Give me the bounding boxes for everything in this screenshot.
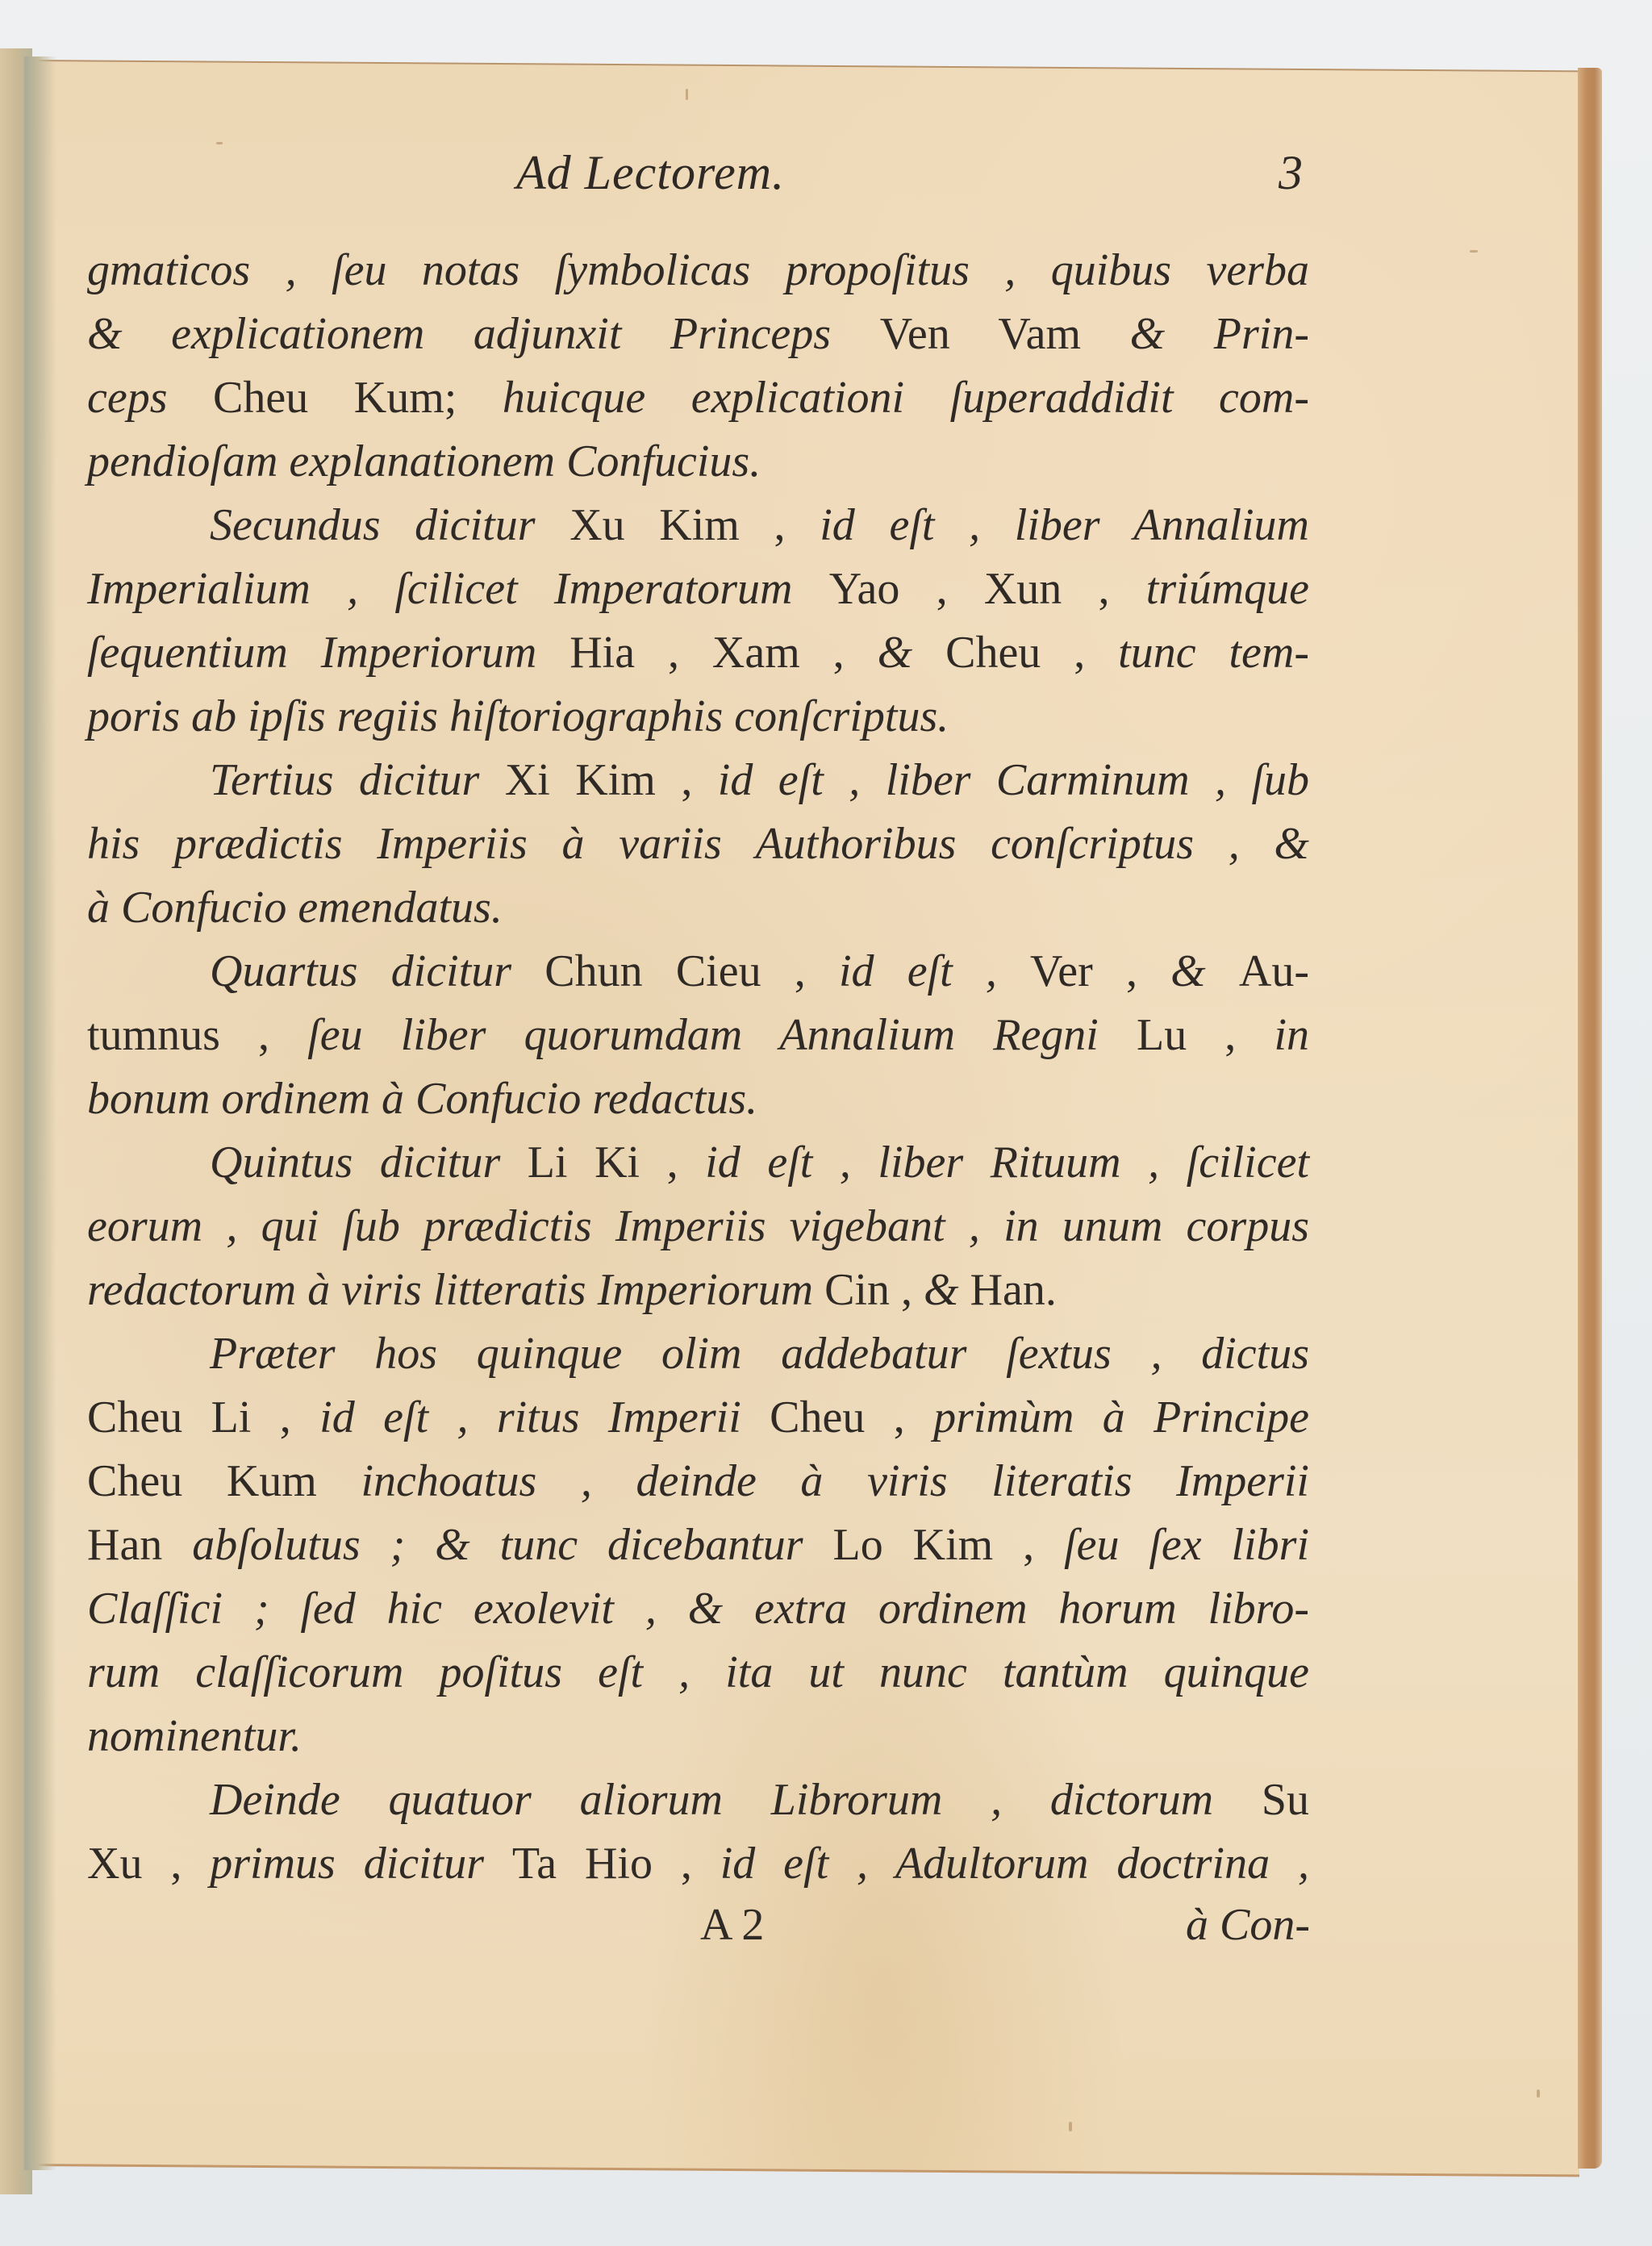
roman-text: tumnus , bbox=[87, 1010, 307, 1060]
roman-text: Yao , Xun , bbox=[829, 564, 1146, 614]
text-line: Quintus dicitur Li Ki , id eſt , liber R… bbox=[87, 1131, 1309, 1195]
roman-text: Su bbox=[1262, 1775, 1309, 1825]
signature-mark: A 2 bbox=[700, 1899, 764, 1951]
italic-text: primùm à Principe bbox=[933, 1392, 1309, 1442]
text-line: tumnus , ſeu liber quorumdam Annalium Re… bbox=[87, 1004, 1309, 1067]
text-line: Secundus dicitur Xu Kim , id eſt , liber… bbox=[87, 494, 1309, 557]
text-line: poris ab ipſis regiis hiſtoriographis co… bbox=[87, 685, 1309, 749]
roman-text: Cheu , bbox=[945, 628, 1118, 678]
roman-text: Cheu Kum; bbox=[213, 373, 503, 423]
italic-text: & explicationem adjunxit Princeps bbox=[87, 309, 880, 359]
roman-text: Lu , bbox=[1137, 1010, 1274, 1060]
roman-text: Cin , bbox=[824, 1265, 924, 1315]
italic-text: ceps bbox=[87, 373, 213, 423]
roman-text: Ver , bbox=[1030, 946, 1170, 996]
text-line: Deinde quatuor aliorum Librorum , dictor… bbox=[87, 1768, 1309, 1832]
italic-text: abſolutus ; & tunc dicebantur bbox=[192, 1520, 832, 1570]
text-line: eorum , qui ſub prædictis Imperiis vigeb… bbox=[87, 1195, 1309, 1259]
text-line: Cheu Kum inchoatus , deinde à viris lite… bbox=[87, 1450, 1309, 1513]
italic-text: id eſt , Adultorum doctrina , bbox=[720, 1839, 1309, 1889]
italic-text: Quartus dicitur bbox=[210, 946, 544, 996]
roman-text: Li Ki , bbox=[528, 1138, 705, 1188]
text-line: his prædictis Imperiis à variis Authorib… bbox=[87, 812, 1309, 876]
roman-text: Han bbox=[87, 1520, 192, 1570]
italic-text: Imperialium , ſcilicet Imperatorum bbox=[87, 564, 829, 614]
text-line: Præter hos quinque olim addebatur ſextus… bbox=[87, 1322, 1309, 1386]
text-line: ceps Cheu Kum; huicque explicationi ſupe… bbox=[87, 366, 1309, 430]
italic-text: inchoatus , deinde à viris literatis Imp… bbox=[361, 1456, 1309, 1506]
running-head: Ad Lectorem. bbox=[516, 145, 785, 201]
text-line: Xu , primus dicitur Ta Hio , id eſt , Ad… bbox=[87, 1832, 1309, 1896]
italic-text: bonum ordinem à Confucio redactus. bbox=[87, 1074, 757, 1124]
italic-text: Præter hos quinque olim addebatur ſextus… bbox=[210, 1329, 1309, 1379]
italic-text: his prædictis Imperiis à variis Authorib… bbox=[87, 819, 1309, 869]
body-text: gmaticos , ſeu notas ſymbolicas propoſit… bbox=[87, 239, 1309, 1896]
text-line: redactorum à viris litteratis Imperiorum… bbox=[87, 1259, 1309, 1322]
roman-text: Au- bbox=[1239, 946, 1309, 996]
italic-text: id eſt , liber Carminum , ſub bbox=[718, 755, 1309, 805]
italic-text: id eſt , liber Rituum , ſcilicet bbox=[705, 1138, 1309, 1188]
text-line: Tertius dicitur Xi Kim , id eſt , liber … bbox=[87, 749, 1309, 812]
text-line: bonum ordinem à Confucio redactus. bbox=[87, 1067, 1309, 1131]
catchword: à Con- bbox=[1186, 1899, 1310, 1951]
italic-text: Deinde quatuor aliorum Librorum , dictor… bbox=[210, 1775, 1262, 1825]
roman-text: Cheu , bbox=[770, 1392, 933, 1442]
roman-text: Cheu Li , bbox=[87, 1392, 319, 1442]
roman-text: Hia , Xam , bbox=[569, 628, 877, 678]
roman-text: Cheu Kum bbox=[87, 1456, 361, 1506]
italic-text: Quintus dicitur bbox=[210, 1138, 528, 1188]
italic-text: triúmque bbox=[1146, 564, 1309, 614]
text-line: Han abſolutus ; & tunc dicebantur Lo Kim… bbox=[87, 1513, 1309, 1577]
italic-text: ſeu liber quorumdam Annalium Regni bbox=[307, 1010, 1137, 1060]
italic-text: primus dicitur bbox=[210, 1839, 512, 1889]
roman-text: Ta Hio , bbox=[512, 1839, 720, 1889]
roman-text: Lo Kim , bbox=[833, 1520, 1065, 1570]
roman-text: Ven Vam bbox=[880, 309, 1130, 359]
italic-text: tunc tem- bbox=[1118, 628, 1309, 678]
italic-text: Claſſici ; ſed hic exolevit , & extra or… bbox=[87, 1584, 1309, 1634]
italic-text: poris ab ipſis regiis hiſtoriographis co… bbox=[87, 691, 949, 741]
italic-text: Secundus dicitur bbox=[210, 500, 569, 550]
italic-text: à Confucio emendatus. bbox=[87, 883, 503, 933]
text-line: rum claſſicorum poſitus eſt , ita ut nun… bbox=[87, 1641, 1309, 1705]
roman-text: Chun Cieu , bbox=[544, 946, 839, 996]
roman-text: Han. bbox=[970, 1265, 1057, 1315]
italic-text: id eſt , ritus Imperii bbox=[319, 1392, 770, 1442]
text-line: Cheu Li , id eſt , ritus Imperii Cheu , … bbox=[87, 1386, 1309, 1450]
italic-text: & bbox=[924, 1265, 970, 1315]
text-line: Imperialium , ſcilicet Imperatorum Yao ,… bbox=[87, 557, 1309, 621]
page-content: Ad Lectorem. 3 gmaticos , ſeu notas ſymb… bbox=[0, 0, 1652, 2246]
italic-text: & bbox=[878, 628, 945, 678]
italic-text: id eſt , liber Annalium bbox=[820, 500, 1309, 550]
italic-text: id eſt , bbox=[839, 946, 1030, 996]
italic-text: Tertius dicitur bbox=[210, 755, 505, 805]
text-line: ſequentium Imperiorum Hia , Xam , & Cheu… bbox=[87, 621, 1309, 685]
italic-text: ſeu ſex libri bbox=[1064, 1520, 1309, 1570]
italic-text: ſequentium Imperiorum bbox=[87, 628, 569, 678]
italic-text: pendioſam explanationem Confucius. bbox=[87, 436, 761, 486]
italic-text: & Prin- bbox=[1130, 309, 1309, 359]
italic-text: huicque explicationi ſuperaddidit com- bbox=[503, 373, 1309, 423]
text-line: Claſſici ; ſed hic exolevit , & extra or… bbox=[87, 1577, 1309, 1641]
italic-text: eorum , qui ſub prædictis Imperiis vigeb… bbox=[87, 1201, 1309, 1251]
italic-text: nominentur. bbox=[87, 1711, 302, 1761]
italic-text: in bbox=[1274, 1010, 1309, 1060]
text-line: gmaticos , ſeu notas ſymbolicas propoſit… bbox=[87, 239, 1309, 303]
roman-text: Xu Kim , bbox=[569, 500, 820, 550]
italic-text: & bbox=[1170, 946, 1239, 996]
italic-text: rum claſſicorum poſitus eſt , ita ut nun… bbox=[87, 1647, 1309, 1697]
text-line: & explicationem adjunxit Princeps Ven Va… bbox=[87, 303, 1309, 366]
text-line: nominentur. bbox=[87, 1705, 1309, 1768]
roman-text: Xu , bbox=[87, 1839, 210, 1889]
roman-text: Xi Kim , bbox=[505, 755, 718, 805]
text-line: pendioſam explanationem Confucius. bbox=[87, 430, 1309, 494]
text-line: Quartus dicitur Chun Cieu , id eſt , Ver… bbox=[87, 940, 1309, 1004]
page-number: 3 bbox=[1279, 145, 1303, 201]
italic-text: redactorum à viris litteratis Imperiorum bbox=[87, 1265, 824, 1315]
italic-text: gmaticos , ſeu notas ſymbolicas propoſit… bbox=[87, 245, 1309, 295]
text-line: à Confucio emendatus. bbox=[87, 876, 1309, 940]
